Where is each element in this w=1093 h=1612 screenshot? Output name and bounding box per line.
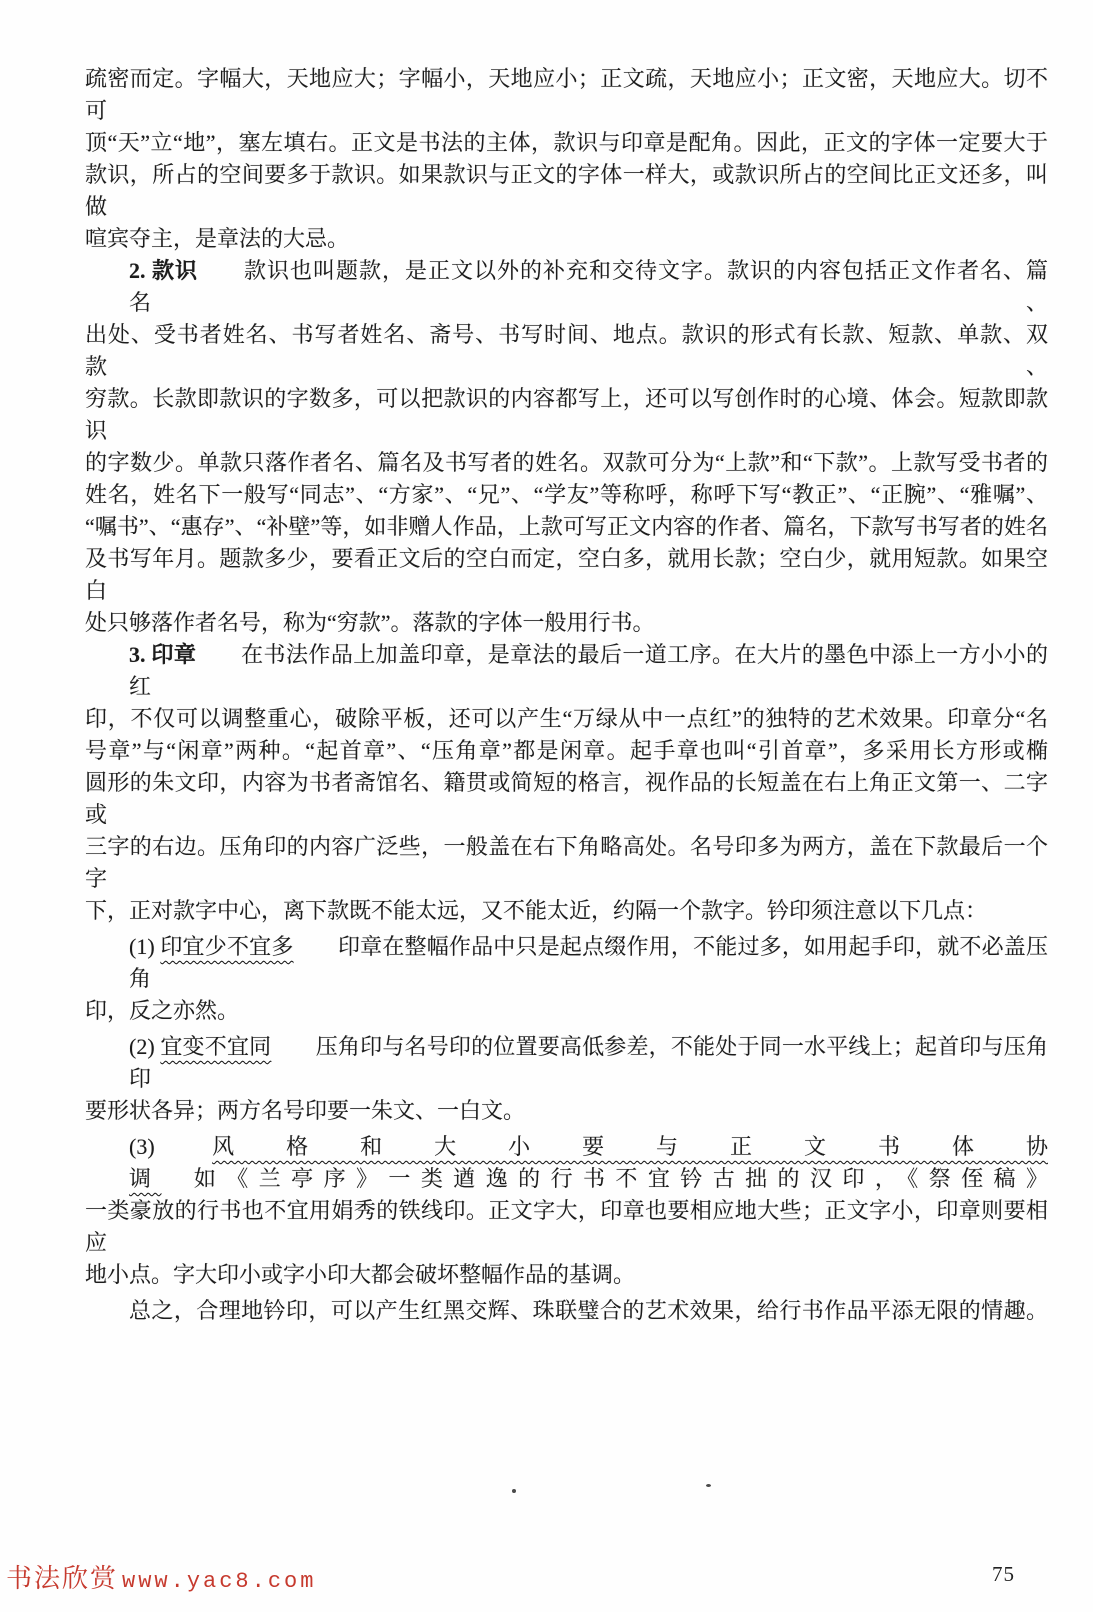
point-heading-line: (2) 宜变不宜同 压角印与名号印的位置要高低参差，不能处于同一水平线上；起首印… [85, 1031, 1048, 1095]
closing-paragraph: 总之，合理地钤印，可以产生红黑交辉、珠联璧合的艺术效果，给行书作品平添无限的情趣… [85, 1295, 1048, 1327]
section-heading: 3. 印章 [129, 642, 196, 667]
point-heading-line: (3) 风格和大小要与正文书体协调 如《兰亭序》一类遒逸的行书不宜钤古拙的汉印，… [85, 1131, 1048, 1195]
scan-speck [512, 1489, 516, 1493]
text-line: 的字数少。单款只落作者名、篇名及书写者的姓名。双款可分为“上款”和“下款”。上款… [85, 447, 1048, 479]
text-line: 三字的右边。压角印的内容广泛些，一般盖在右下角略高处。名号印多为两方，盖在下款最… [85, 831, 1048, 895]
point-title-underlined: 印宜少不宜多 [160, 934, 293, 959]
scan-speck [706, 1484, 711, 1487]
text-line: 号章”与“闲章”两种。“起首章”、“压角章”都是闲章。起手章也叫“引首章”，多采… [85, 735, 1048, 767]
watermark-site-name: 书法欣赏 [6, 1564, 118, 1593]
text-line: 款识，所占的空间要多于款识。如果款识与正文的字体一样大，或款识所占的空间比正文还… [85, 159, 1048, 223]
watermark-site-url: www.yac8.com [122, 1569, 316, 1594]
text-line: 顶“天”立“地”，塞左填右。正文是书法的主体，款识与印章是配角。因此，正文的字体… [85, 127, 1048, 159]
page-number: 75 [992, 1562, 1015, 1587]
text-line: 地小点。字大印小或字小印大都会破坏整幅作品的基调。 [85, 1259, 1048, 1291]
point-title-underlined: 宜变不宜同 [160, 1034, 271, 1059]
text-line: “嘱书”、“惠存”、“补壁”等，如非赠人作品，上款可写正文内容的作者、篇名，下款… [85, 511, 1048, 543]
point-1: (1) 印宜少不宜多 印章在整幅作品中只是起点缀作用，不能过多，如用起手印，就不… [85, 931, 1048, 1027]
text-line: 疏密而定。字幅大，天地应大；字幅小，天地应小；正文疏，天地应小；正文密，天地应大… [85, 63, 1048, 127]
text-run: 如《兰亭序》一类遒逸的行书不宜钤古拙的汉印，《祭侄稿》 [161, 1166, 1048, 1191]
point-heading-line: (1) 印宜少不宜多 印章在整幅作品中只是起点缀作用，不能过多，如用起手印，就不… [85, 931, 1048, 995]
paragraph-chapter-layout: 疏密而定。字幅大，天地应大；字幅小，天地应小；正文疏，天地应小；正文密，天地应大… [85, 63, 1048, 255]
text-line: 要形状各异；两方名号印要一朱文、一白文。 [85, 1095, 1048, 1127]
point-number: (1) [129, 934, 160, 959]
text-line: 出处、受书者姓名、书写者姓名、斋号、书写时间、地点。款识的形式有长款、短款、单款… [85, 319, 1048, 383]
scanned-book-page: 疏密而定。字幅大，天地应大；字幅小，天地应小；正文疏，天地应小；正文密，天地应大… [0, 0, 1093, 1612]
text-run: 在书法作品上加盖印章，是章法的最后一道工序。在大片的墨色中添上一方小小的红 [129, 642, 1048, 699]
text-line: 姓名，姓名下一般写“同志”、“方家”、“兄”、“学友”等称呼，称呼下写“教正”、… [85, 479, 1048, 511]
text-line: 一类豪放的行书也不宜用娟秀的铁线印。正文字大，印章也要相应地大些；正文字小，印章… [85, 1195, 1048, 1259]
point-2: (2) 宜变不宜同 压角印与名号印的位置要高低参差，不能处于同一水平线上；起首印… [85, 1031, 1048, 1127]
text-line: 印，不仅可以调整重心，破除平板，还可以产生“万绿从中一点红”的独特的艺术效果。印… [85, 703, 1048, 735]
watermark: 书法欣赏 www.yac8.com [6, 1558, 316, 1595]
text-run: 款识也叫题款，是正文以外的补充和交待文字。款识的内容包括正文作者名、篇名、 [129, 258, 1048, 315]
point-number: (3) [129, 1134, 212, 1159]
text-line: 喧宾夺主，是章法的大忌。 [85, 223, 1048, 255]
section-kuanshi: 2. 款识 款识也叫题款，是正文以外的补充和交待文字。款识的内容包括正文作者名、… [85, 255, 1048, 639]
text-line: 下，正对款字中心，离下款既不能太远，又不能太近，约隔一个款字。钤印须注意以下几点… [85, 895, 1048, 927]
page-text: 疏密而定。字幅大，天地应大；字幅小，天地应小；正文疏，天地应小；正文密，天地应大… [85, 63, 1048, 1327]
section-yinzhang: 3. 印章 在书法作品上加盖印章，是章法的最后一道工序。在大片的墨色中添上一方小… [85, 639, 1048, 927]
text-line: 处只够落作者名号，称为“穷款”。落款的字体一般用行书。 [85, 607, 1048, 639]
section-heading: 2. 款识 [129, 258, 198, 283]
point-3: (3) 风格和大小要与正文书体协调 如《兰亭序》一类遒逸的行书不宜钤古拙的汉印，… [85, 1131, 1048, 1291]
text-line: 穷款。长款即款识的字数多，可以把款识的内容都写上，还可以写创作时的心境、体会。短… [85, 383, 1048, 447]
text-line: 圆形的朱文印，内容为书者斋馆名、籍贯或简短的格言，视作品的长短盖在右上角正文第一… [85, 767, 1048, 831]
text-line: 及书写年月。题款多少，要看正文后的空白而定，空白多，就用长款；空白少，就用短款。… [85, 543, 1048, 607]
point-number: (2) [129, 1034, 160, 1059]
section-heading-line: 3. 印章 在书法作品上加盖印章，是章法的最后一道工序。在大片的墨色中添上一方小… [85, 639, 1048, 703]
text-line: 印，反之亦然。 [85, 995, 1048, 1027]
section-heading-line: 2. 款识 款识也叫题款，是正文以外的补充和交待文字。款识的内容包括正文作者名、… [85, 255, 1048, 319]
